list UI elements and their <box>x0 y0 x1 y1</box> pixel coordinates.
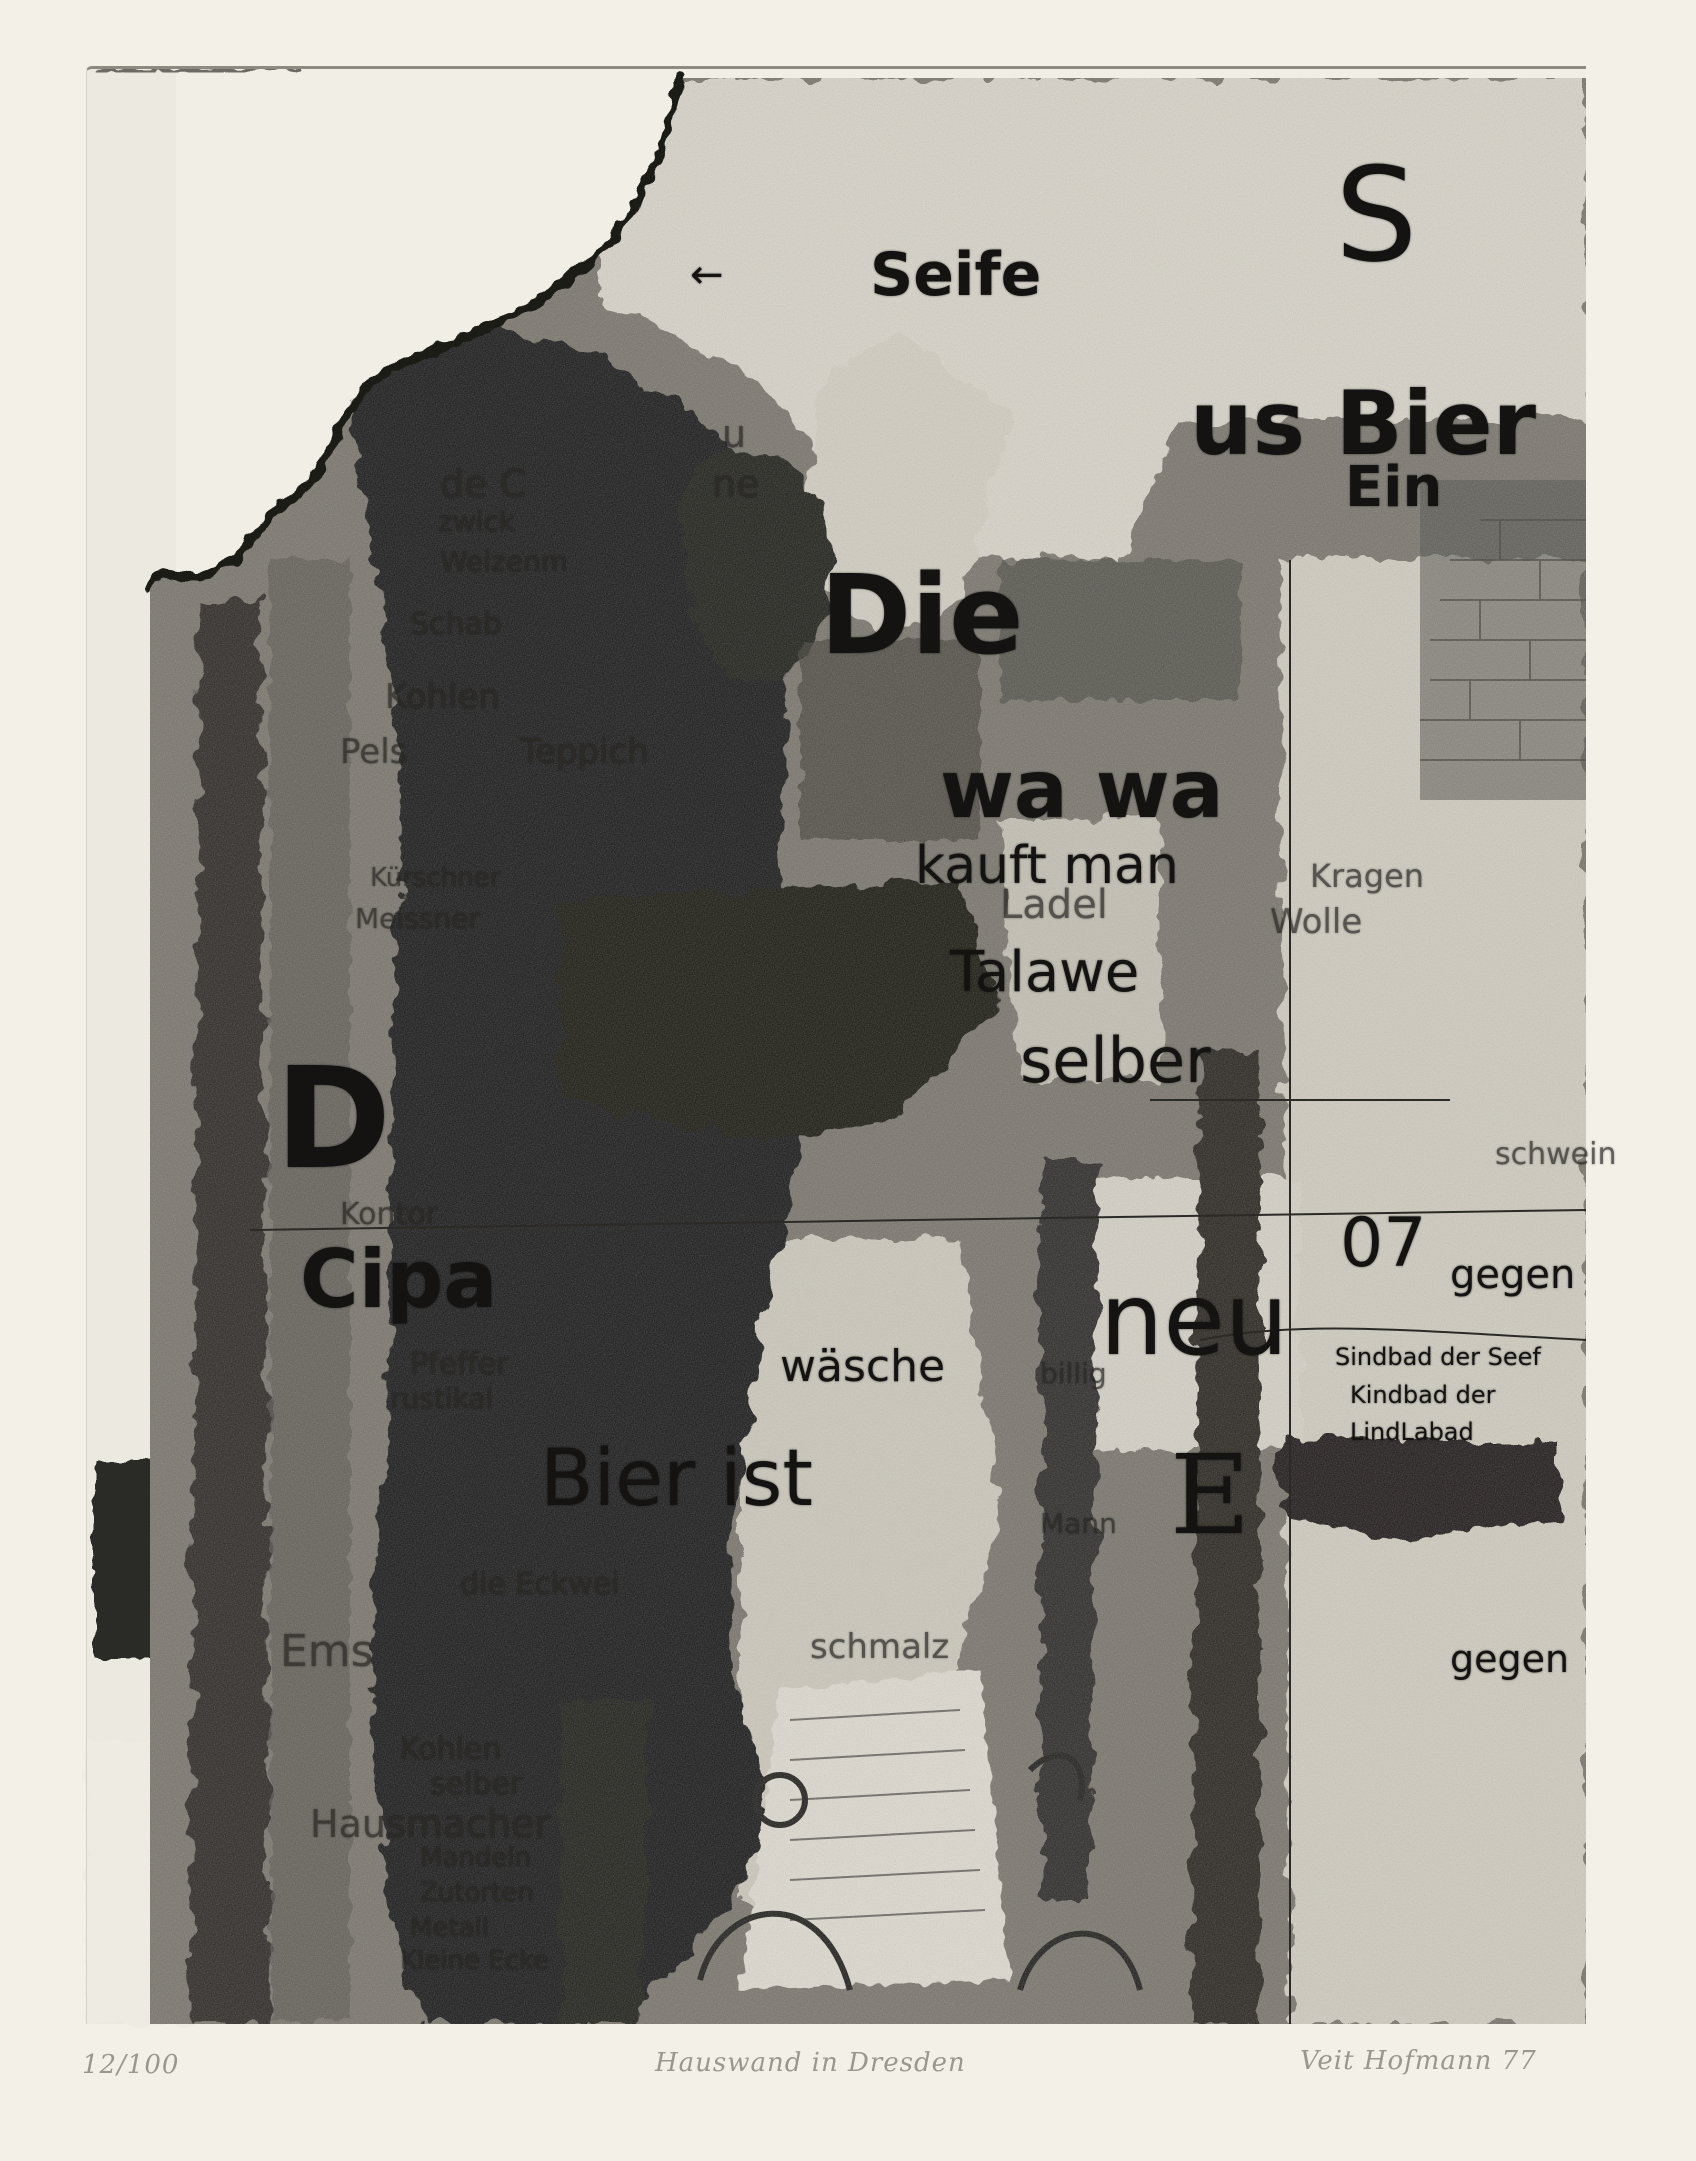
inscription-d: D <box>275 1050 391 1190</box>
inscription-cipa: Cipa <box>300 1240 497 1320</box>
arrow-glyph: ← <box>690 255 724 295</box>
inscription-ems: Ems <box>280 1630 374 1674</box>
inscription-zwick: zwick <box>438 508 515 536</box>
inscription-sindbad: Sindbad der Seef <box>1335 1345 1541 1369</box>
inscription-e: E <box>1170 1440 1250 1550</box>
inscription-schwein: schwein <box>1495 1140 1616 1170</box>
inscription-schab: Schab <box>410 610 502 640</box>
inscription-rustikal: rustikal <box>390 1385 493 1413</box>
inscription-hausmacher: Hausmacher <box>310 1805 550 1843</box>
inscription-die: Die <box>820 560 1024 670</box>
inscription-ein: Ein <box>1345 460 1442 516</box>
inscription-seife: Seife <box>870 245 1041 305</box>
inscription-zutorten: Zutorten <box>420 1880 534 1906</box>
edition-number: 12/100 <box>82 2050 179 2080</box>
artist-signature: Veit Hofmann 77 <box>1300 2046 1537 2076</box>
inscription-pfeffer: Pfeffer <box>410 1350 509 1380</box>
inscription-de-c: de C <box>440 465 526 503</box>
inscription-bier-ist: Bier ist <box>540 1440 813 1518</box>
inscription-talawe: Talawe <box>950 945 1139 1001</box>
inscription-billig: billig <box>1040 1360 1107 1388</box>
inscription-wolle: Wolle <box>1270 905 1362 939</box>
etching-artwork <box>0 0 1696 2161</box>
inscription-ne: ne <box>712 465 759 503</box>
inscription-u: u <box>722 415 746 453</box>
inscription-mann: Mann <box>1040 1510 1117 1538</box>
inscription-kohlen-lower: Kohlen <box>400 1735 501 1765</box>
inscription-metall: Metall <box>410 1915 489 1941</box>
inscription-wa-wa: wa wa <box>940 750 1224 830</box>
inscription-wasche: wäsche <box>780 1345 945 1389</box>
inscription-kindbad: Kindbad der <box>1350 1383 1496 1407</box>
inscription-schmalz: schmalz <box>810 1630 949 1664</box>
inscription-neu: neu <box>1100 1270 1288 1370</box>
inscription-ladel: Ladel <box>1000 885 1108 925</box>
artwork-title: Hauswand in Dresden <box>655 2048 966 2078</box>
inscription-pels: Pels <box>340 735 407 769</box>
inscription-selber-lower: selber <box>430 1770 522 1800</box>
inscription-kragen: Kragen <box>1310 860 1424 892</box>
inscription-weizen: Weizenm <box>440 548 568 576</box>
inscription-meissner: Meissner <box>355 905 480 933</box>
inscription-mandeln: Mandeln <box>420 1845 531 1871</box>
inscription-die-eckwei: die Eckwei <box>460 1570 620 1600</box>
inscription-kontor: Kontor <box>340 1200 438 1230</box>
inscription-kuerschner: Kürschner <box>370 865 500 891</box>
inscription-teppich: Teppich <box>520 735 649 769</box>
inscription-s: S <box>1335 150 1418 280</box>
inscription-kleine-ecke: Kleine Ecke <box>400 1948 549 1974</box>
inscription-selber: selber <box>1020 1030 1211 1092</box>
inscription-07: 07 <box>1340 1210 1427 1278</box>
inscription-gegen-upper: gegen <box>1450 1255 1575 1295</box>
inscription-lindlabad: LindLabad <box>1350 1420 1474 1444</box>
inscription-gegen-lower: gegen <box>1450 1640 1569 1678</box>
inscription-kohlen: Kohlen <box>385 680 500 714</box>
